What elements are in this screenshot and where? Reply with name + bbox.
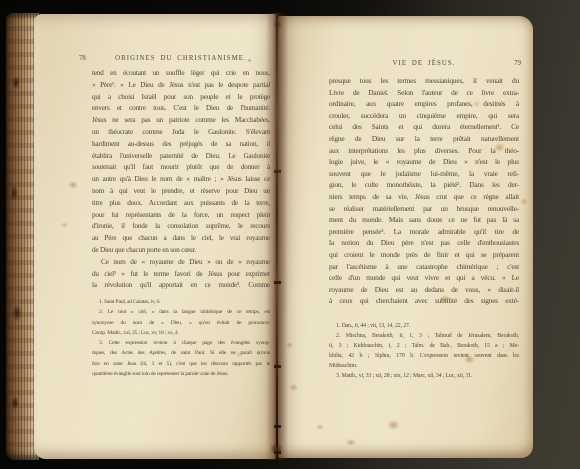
text-line: tend en écoutant un souffle léger qui cr… [92,68,270,80]
paragraph: tend en écoutant un souffle léger qui cr… [92,68,270,257]
right-page-number: 79 [514,60,521,67]
footnote: 1. Dan., ii, 44 ; vii, 13, 14, 22, 27. [329,322,519,332]
text-line: crouler, succédera un cinquième empire, … [329,110,519,122]
text-line: ii, 3 ; Kiddouschin, i, 2 ; Talm. de Bab… [329,342,519,352]
text-line: la notion du Dieu père n'est pas celle d… [329,237,519,249]
text-line: règne de Dieu sur la terre prêtait natur… [329,133,519,145]
right-page-header: VIE DE JÉSUS. 79 [329,60,519,70]
left-page-number: 78 [79,55,86,62]
text-line: « Père¹. » Le Dieu de Jésus n'est pas le… [92,80,270,92]
text-line: fois en saint Jean (iii, 3 et 5), c'est … [92,359,270,369]
text-line: 1. Dan., ii, 44 ; vii, 13, 14, 22, 27. [329,322,519,332]
text-line: à ceux qui cherchaient avec subtilité de… [329,295,519,307]
text-line: 1. Saint Paul, ad Galatas, iv, 6. [92,297,270,307]
text-line: nom à qui veut le prendre, et réserve po… [92,186,270,198]
text-line: un théocrate comme Juda le Gaulonite. S'… [92,127,270,139]
text-line: gion, le culte monothéiste, la piété². D… [329,179,519,191]
text-line: pour lui représentants de la force, un r… [92,210,270,222]
text-line: logie juive, le « royaume de Dieu » n'es… [329,156,519,168]
text-line: synonyme du nom de « Dieu, » qu'on évita… [92,318,270,328]
right-page-body: presque tous les termes messianiques, il… [329,75,519,307]
left-page-footnotes: 1. Saint Paul, ad Galatas, iv, 6. 2. Le … [92,297,270,379]
paragraph: Ce nom de « royaume de Dieu » ou de « ro… [92,257,270,292]
text-line: qui croient le monde près de finir et qu… [329,249,519,261]
text-line: du ciel² » fut le terme favori de Jésus … [92,269,270,281]
text-line: 3. Matth., vi, 33 ; xii, 28 ; xix, 12 ; … [329,372,519,382]
text-line: la révolution qu'il apportait en ce mond… [92,280,270,292]
footnote: 2. Le mot « ciel, » dans la langue rabbi… [92,307,270,338]
text-line: Comp. Matth., xxi, 25 ; Luc, xv, 18 ; xx… [92,328,270,338]
right-page-footnotes: 1. Dan., ii, 44 ; vii, 13, 14, 22, 27. 2… [329,322,519,381]
right-page: VIE DE JÉSUS. 79 presque tous les termes… [277,16,533,458]
footnote: 3. Matth., vi, 33 ; xii, 28 ; xix, 12 ; … [329,372,519,382]
text-line: par l'ascétisme à une catastrophe chimér… [329,261,519,273]
right-running-title: VIE DE JÉSUS. [329,60,519,67]
text-line: 2. Mischna, Berakoth, ii, 1, 3 ; Talmud … [329,332,519,342]
text-line: khilta, 42 b ; Siphra, 170 b. L'expressi… [329,352,519,362]
text-line: royaume de Dieu est au dedans de vous, »… [329,284,519,296]
left-page-body: tend en écoutant un souffle léger qui cr… [92,68,270,292]
footnote: 2. Mischna, Berakoth, ii, 1, 3 ; Talmud … [329,332,519,372]
text-line: au Père que chacun a dans le ciel, le vr… [92,233,270,245]
left-running-title: ORIGINES DU CHRISTIANISME. [92,55,270,62]
text-line: se réaliser matériellement par un brusqu… [329,203,519,215]
left-page: 78 ORIGINES DU CHRISTIANISME. tend en éc… [34,14,277,459]
text-line: première pensée³. La morale admirable qu… [329,226,519,238]
text-line: 2. Le mot « ciel, » dans la langue rabbi… [92,307,270,317]
text-line: aux interprétations les plus diverses. P… [329,145,519,157]
text-line: qui a choisi Israël pour son peuple et l… [92,92,270,104]
text-line: envers et contre tous. C'est le Dieu de … [92,103,270,115]
book-photograph: 78 ORIGINES DU CHRISTIANISME. tend en éc… [0,0,580,469]
text-line: 3. Cette expression revient à chaque pag… [92,338,270,348]
footnote: 3. Cette expression revient à chaque pag… [92,338,270,379]
text-line: Jésus ne sera pas un patriote comme les … [92,115,270,127]
text-line: celle d'un monde qui veut vivre et qui a… [329,272,519,284]
text-line: Midraschim. [329,362,519,372]
text-line: quatrième évangile sont loin de représen… [92,369,270,379]
paragraph: presque tous les termes messianiques, il… [329,75,519,307]
text-line: un autre qu'à Dieu le nom de « maître ; … [92,174,270,186]
text-line: Livre de Daniel. Selon l'auteur de ce li… [329,87,519,99]
text-line: d'ironie, il fonde la consolation suprêm… [92,221,270,233]
text-line: Ce nom de « royaume de Dieu » ou de « ro… [92,257,270,269]
footnote: 1. Saint Paul, ad Galatas, iv, 6. [92,297,270,307]
text-line: tiques, des Actes des Apôtres, de saint … [92,348,270,358]
text-line: souvent que le judaïsme lui-même, la vra… [329,168,519,180]
text-line: presque tous les termes messianiques, il… [329,75,519,87]
text-line: de Dieu que chacun porte en son cœur. [92,245,270,257]
text-line: niers temps de sa vie, Jésus crut que ce… [329,191,519,203]
text-line: soutenait qu'il faut mourir plutôt que d… [92,162,270,174]
text-line: titre plus doux. Accordant aux puissants… [92,198,270,210]
text-line: ordinaire, aux quatre empires profanes, … [329,98,519,110]
left-page-header: 78 ORIGINES DU CHRISTIANISME. [92,55,270,65]
text-line: hardiment au-dessus des préjugés de sa n… [92,139,270,151]
text-line: établira l'universelle paternité de Dieu… [92,151,270,163]
text-line: celui des Saints et qui durera éternelle… [329,121,519,133]
text-line: ment du monde. Mais sans doute ce ne fut… [329,214,519,226]
